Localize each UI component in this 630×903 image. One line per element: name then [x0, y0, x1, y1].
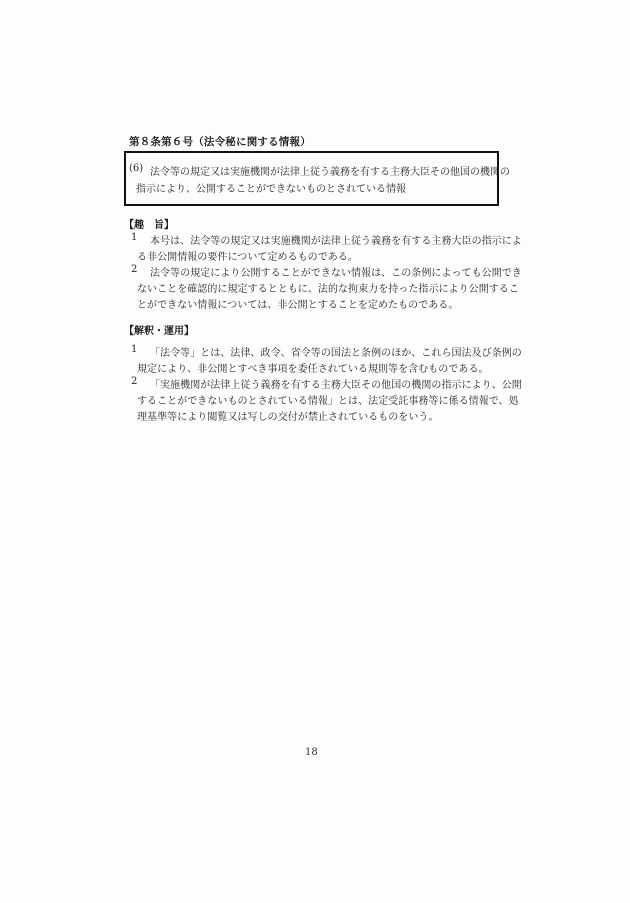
section-title-purpose: 【趣 旨】: [124, 216, 174, 231]
page-number: 18: [305, 747, 318, 758]
section-title-interpretation: 【解釈・運用】: [124, 322, 194, 337]
item-line: 「実施機関が法律上従う義務を有する主務大臣その他国の機関の指示により、公開: [150, 376, 522, 391]
article-heading: 第８条第６号（法令秘に関する情報）: [129, 134, 311, 149]
item-number: 2: [131, 264, 137, 275]
item-number: 2: [131, 376, 137, 387]
item-line: ないことを確認的に規定するとともに、法的な拘束力を持った指示により公開するこ: [137, 280, 519, 295]
item-line: とができない情報については、非公開とすることを定めたものである。: [137, 296, 458, 311]
item-number: 1: [131, 232, 137, 243]
item-line: することができないものとされている情報」とは、法定受託事務等に係る情報で、処: [137, 392, 519, 407]
item-line: 「法令等」とは、法律、政令、省令等の国法と条例のほか、これら国法及び条例の: [150, 344, 522, 359]
document-page: 第８条第６号（法令秘に関する情報） (6) 法令等の規定又は実施機関が法律上従う…: [0, 0, 630, 903]
clause-line: 法令等の規定又は実施機関が法律上従う義務を有する主務大臣その他国の機関の: [150, 163, 510, 178]
item-line: 法令等の規定により公開することができない情報は、この条例によっても公開でき: [150, 264, 522, 279]
clause-number: (6): [129, 163, 143, 174]
item-line: 規定により、非公開とすべき事項を委任されている規則等を含むものである。: [137, 360, 489, 375]
item-line: 本号は、法令等の規定又は実施機関が法律上従う義務を有する主務大臣の指示によ: [150, 232, 522, 247]
item-line: る非公開情報の要件について定めるものである。: [137, 248, 358, 263]
item-number: 1: [131, 344, 137, 355]
clause-line: 指示により、公開することができないものとされている情報: [136, 180, 406, 195]
item-line: 理基準等により閲覧又は写しの交付が禁止されているものをいう。: [137, 408, 439, 423]
clause-box: [124, 151, 499, 206]
